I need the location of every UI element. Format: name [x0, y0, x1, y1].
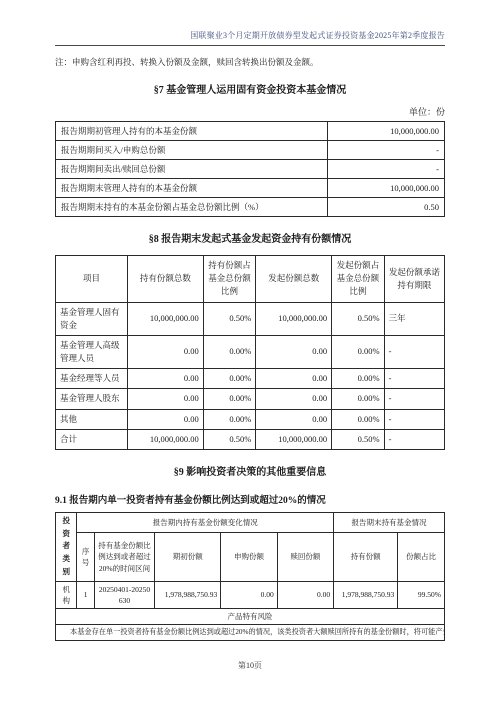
value-cell: 0.00: [127, 335, 203, 368]
report-page: 国联聚业3个月定期开放债券型发起式证券投资基金2025年第2季度报告 注：申购含…: [0, 0, 500, 707]
header-cell: 发起份额占基金总份额比例: [332, 256, 385, 303]
value-cell: 0.50%: [203, 302, 256, 335]
value-cell: 0.00: [127, 369, 203, 389]
row-label: 报告期期间卖出/赎回总份额: [56, 160, 328, 179]
investor-concentration-table: 投资者类别 报告期内持有基金份额变化情况 报告期末持有基金情况 序号 持有基金份…: [55, 512, 445, 641]
table-header-row: 项目 持有份额总数 持有份额占基金总份额比例 发起份额总数 发起份额占基金总份额…: [56, 256, 445, 303]
value-cell: 0.00: [127, 389, 203, 409]
row-label: 报告期期初管理人持有的本基金份额: [56, 122, 328, 141]
unit-label: 单位：份: [55, 105, 445, 118]
table-row: 基金管理人固有资金 10,000,000.00 0.50% 10,000,000…: [56, 302, 445, 335]
group-header-change: 报告期内持有基金份额变化情况: [77, 512, 334, 532]
subscription-shares-cell: 0.00: [221, 581, 277, 609]
note-line: 注：申购含红利再投、转换入份额及金额，赎回含转换出份额及金额。: [55, 56, 445, 68]
item-cell: 基金管理人固有资金: [56, 302, 128, 335]
item-cell: 基金管理人股东: [56, 389, 128, 409]
table-row: 其他 0.00 0.00% 0.00 0.00% -: [56, 409, 445, 429]
period-cell: 20250401-20250630: [94, 581, 154, 609]
value-cell: 0.00%: [332, 409, 385, 429]
value-cell: 0.50%: [332, 429, 385, 449]
seq-cell: 1: [77, 581, 95, 609]
value-cell: 10,000,000.00: [127, 302, 203, 335]
value-cell: 0.00%: [332, 335, 385, 368]
value-cell: 10,000,000.00: [256, 302, 332, 335]
table-row: 合计 10,000,000.00 0.50% 10,000,000.00 0.5…: [56, 429, 445, 449]
header-cell: 持有份额总数: [127, 256, 203, 303]
value-cell: 0.00%: [332, 389, 385, 409]
document-header: 国联聚业3个月定期开放债券型发起式证券投资基金2025年第2季度报告: [55, 30, 445, 46]
section9-title: §9 影响投资者决策的其他重要信息: [55, 463, 445, 478]
row-label: 报告期期末持有的本基金份额占基金总份额比例（%）: [56, 198, 328, 217]
value-cell: 0.50%: [203, 429, 256, 449]
value-cell: 0.50%: [332, 302, 385, 335]
row-value: -: [328, 141, 445, 160]
row-value: -: [328, 160, 445, 179]
value-cell: 0.00: [256, 369, 332, 389]
value-cell: 0.00: [127, 409, 203, 429]
value-cell: -: [384, 389, 444, 409]
table-row: 报告期期间买入/申购总份额 -: [56, 141, 445, 160]
table-row: 报告期期末持有的本基金份额占基金总份额比例（%） 0.50: [56, 198, 445, 217]
item-cell: 其他: [56, 409, 128, 429]
table-row: 基金管理人高级管理人员 0.00 0.00% 0.00 0.00% -: [56, 335, 445, 368]
ratio-header: 份额占比: [398, 533, 445, 581]
header-cell: 项目: [56, 256, 128, 303]
group-header-endofperiod: 报告期末持有基金情况: [334, 512, 445, 532]
sub-header-row: 序号 持有基金份额比例达到或者超过20%的时间区间 期初份额 申购份额 赎回份额…: [56, 533, 445, 581]
share-ratio-cell: 99.50%: [398, 581, 445, 609]
investor-data-row: 机构 1 20250401-20250630 1,978,988,750.93 …: [56, 581, 445, 609]
table-row: 基金管理人股东 0.00 0.00% 0.00 0.00% -: [56, 389, 445, 409]
risk-header-row: 产品特有风险: [56, 609, 445, 625]
value-cell: 0.00%: [203, 369, 256, 389]
value-cell: 0.00: [256, 409, 332, 429]
row-value: 10,000,000.00: [328, 179, 445, 198]
holding-shares-cell: 1,978,988,750.93: [334, 581, 398, 609]
row-label: 报告期期末管理人持有的本基金份额: [56, 179, 328, 198]
investor-type-header: 投资者类别: [56, 512, 77, 581]
value-cell: 0.00%: [203, 389, 256, 409]
section8-title: §8 报告期末发起式基金发起资金持有份额情况: [55, 230, 445, 245]
redemption-shares-cell: 0.00: [277, 581, 333, 609]
row-label: 报告期期间买入/申购总份额: [56, 141, 328, 160]
opening-header: 期初份额: [155, 533, 221, 581]
manager-holdings-table: 报告期期初管理人持有的本基金份额 10,000,000.00 报告期期间买入/申…: [55, 121, 445, 217]
item-cell: 合计: [56, 429, 128, 449]
value-cell: 0.00%: [203, 335, 256, 368]
sponsor-shares-table: 项目 持有份额总数 持有份额占基金总份额比例 发起份额总数 发起份额占基金总份额…: [55, 255, 445, 450]
period-header: 持有基金份额比例达到或者超过20%的时间区间: [94, 533, 154, 581]
value-cell: -: [384, 369, 444, 389]
subscription-header: 申购份额: [221, 533, 277, 581]
value-cell: 0.00%: [332, 369, 385, 389]
value-cell: -: [384, 429, 444, 449]
value-cell: -: [384, 409, 444, 429]
value-cell: 三年: [384, 302, 444, 335]
row-value: 10,000,000.00: [328, 122, 445, 141]
risk-text-row: 本基金存在单一投资者持有基金份额比例达到或超过20%的情况，该类投资者大额赎回所…: [56, 625, 445, 641]
table-row: 报告期期间卖出/赎回总份额 -: [56, 160, 445, 179]
header-cell: 发起份额总数: [256, 256, 332, 303]
value-cell: 0.00: [256, 389, 332, 409]
value-cell: 10,000,000.00: [256, 429, 332, 449]
item-cell: 基金管理人高级管理人员: [56, 335, 128, 368]
section9-1-subtitle: 9.1 报告期内单一投资者持有基金份额比例达到或超过20%的情况: [55, 492, 445, 506]
risk-header-cell: 产品特有风险: [56, 609, 445, 625]
table-row: 基金经理等人员 0.00 0.00% 0.00 0.00% -: [56, 369, 445, 389]
value-cell: 10,000,000.00: [127, 429, 203, 449]
page-footer: 第10页: [0, 660, 500, 671]
value-cell: 0.00%: [203, 409, 256, 429]
section7-title: §7 基金管理人运用固有资金投资本基金情况: [55, 81, 445, 96]
item-cell: 基金经理等人员: [56, 369, 128, 389]
holding-header: 持有份额: [334, 533, 398, 581]
value-cell: -: [384, 335, 444, 368]
table-row: 报告期期末管理人持有的本基金份额 10,000,000.00: [56, 179, 445, 198]
investor-type-cell: 机构: [56, 581, 77, 609]
group-header-row: 投资者类别 报告期内持有基金份额变化情况 报告期末持有基金情况: [56, 512, 445, 532]
row-value: 0.50: [328, 198, 445, 217]
header-cell: 发起份额承诺持有期限: [384, 256, 444, 303]
redemption-header: 赎回份额: [277, 533, 333, 581]
risk-text-cell: 本基金存在单一投资者持有基金份额比例达到或超过20%的情况，该类投资者大额赎回所…: [56, 625, 445, 641]
header-cell: 持有份额占基金总份额比例: [203, 256, 256, 303]
opening-shares-cell: 1,978,988,750.93: [155, 581, 221, 609]
seq-header: 序号: [77, 533, 95, 581]
value-cell: 0.00: [256, 335, 332, 368]
table-row: 报告期期初管理人持有的本基金份额 10,000,000.00: [56, 122, 445, 141]
